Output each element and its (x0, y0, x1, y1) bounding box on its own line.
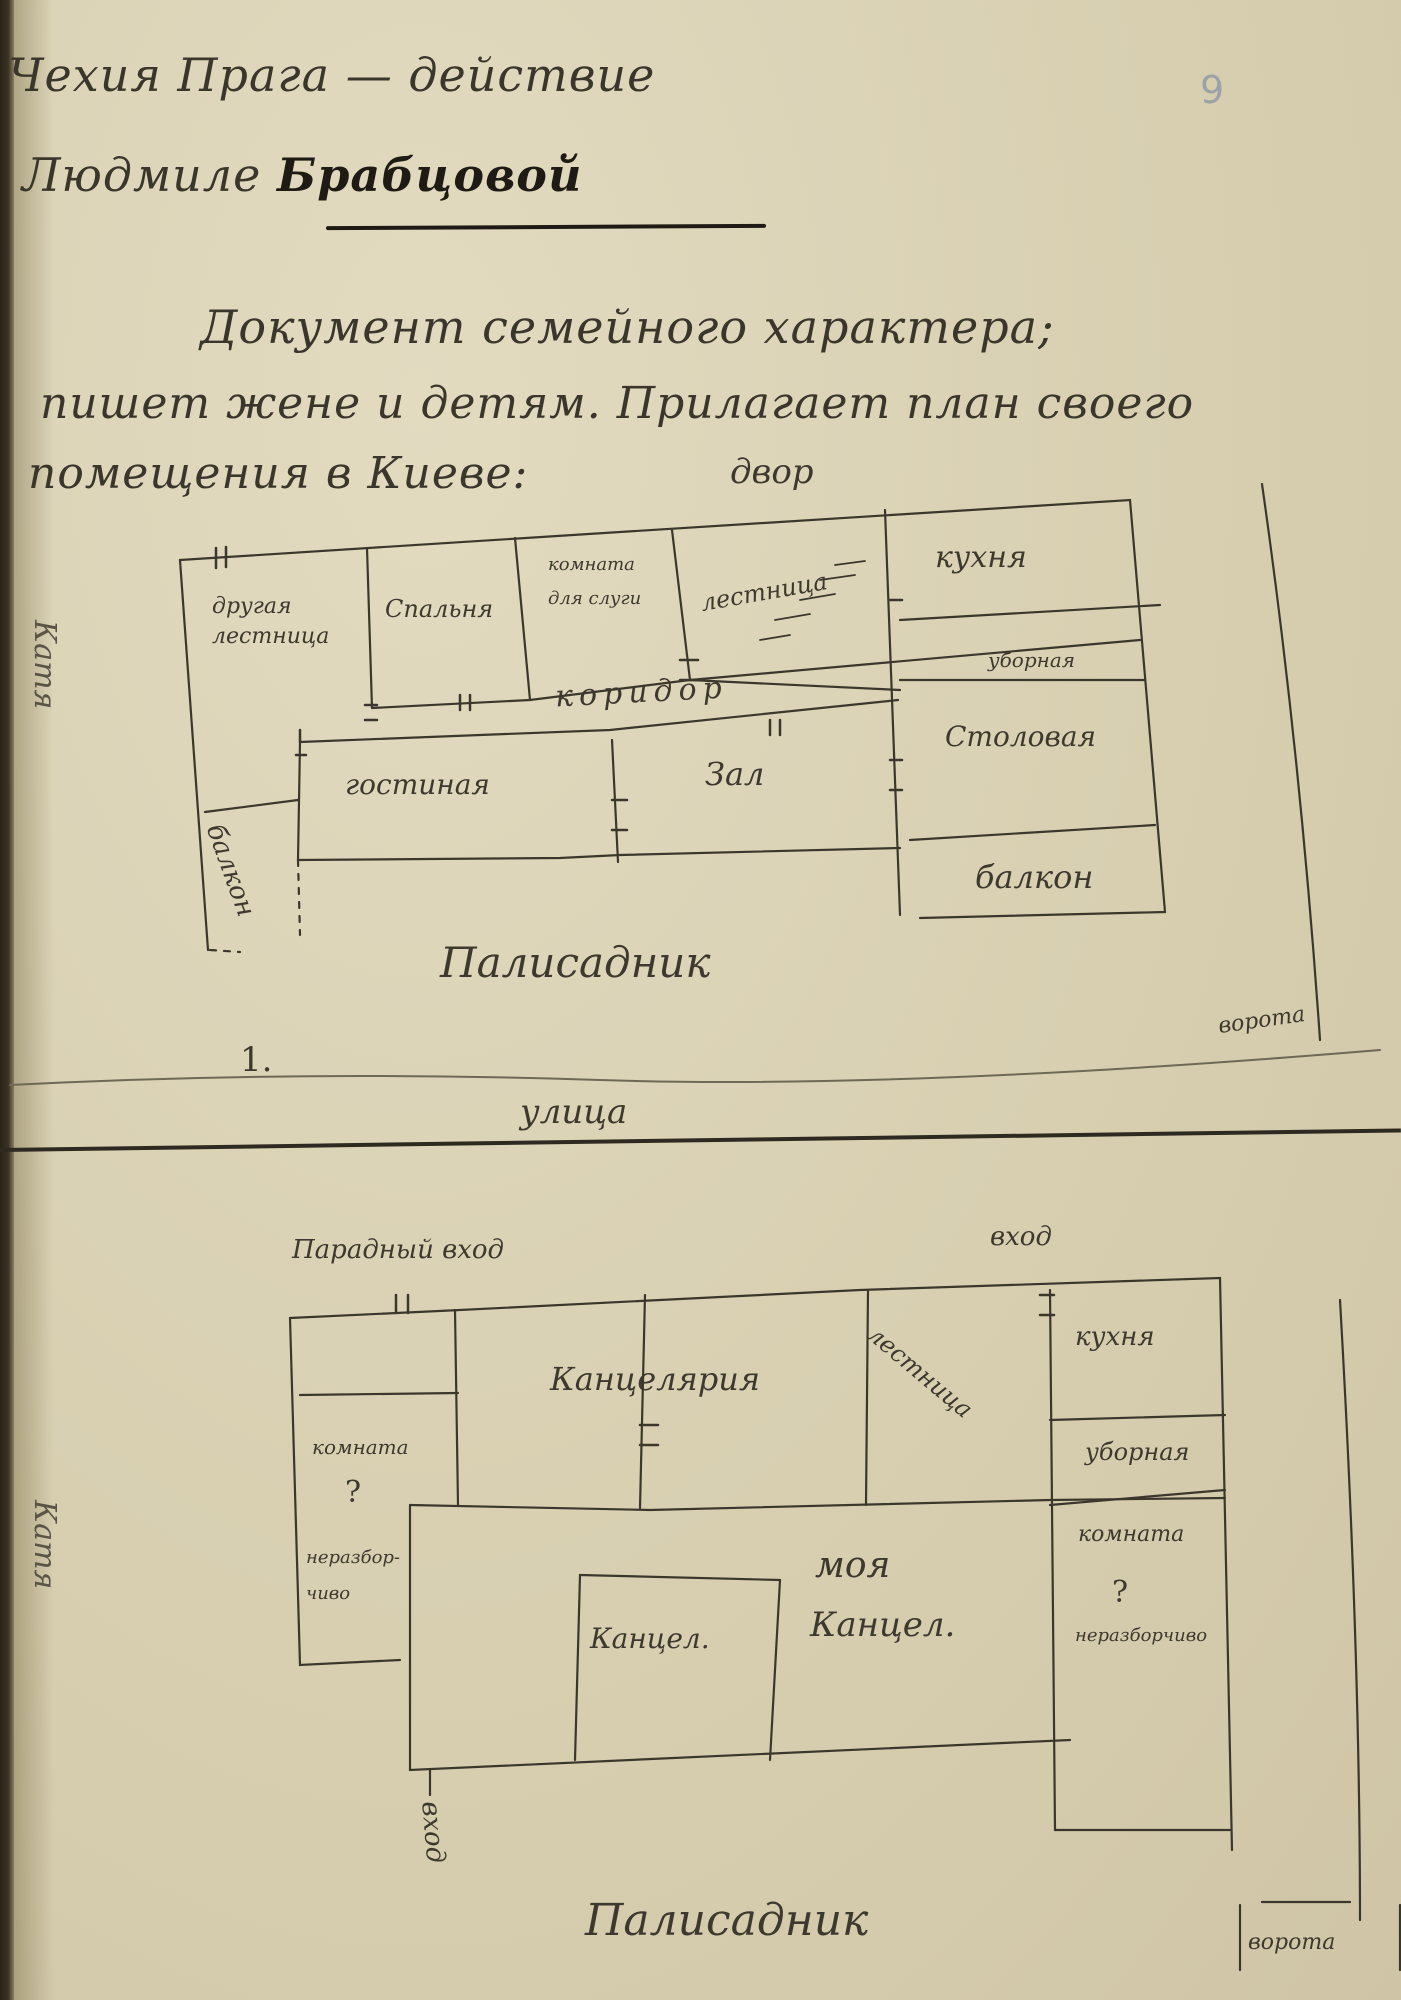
plan1-room-kitchen: кухня (935, 540, 1027, 575)
plan2-top-entrance-label: вход (990, 1222, 1052, 1252)
plan2-bottom-entrance-label: вход (415, 1800, 450, 1864)
plan1-room-dining: Столовая (945, 720, 1096, 753)
plan2-room-right-label: комната (1078, 1522, 1184, 1547)
plan1-front-garden-label: Палисадник (440, 938, 710, 987)
plan1-room-balcony-right: балкон (975, 858, 1093, 896)
plan2-room-kitchen: кухня (1075, 1322, 1155, 1352)
plan1-room-other-stairs: другая лестница (212, 592, 332, 652)
plan2-room-right-question: ? (1112, 1575, 1128, 1610)
plan2-room-toilet: уборная (1085, 1438, 1189, 1466)
floor-plans-drawing (0, 0, 1401, 2000)
plan2-gate-label: ворота (1248, 1930, 1335, 1955)
plan2-room-my-office-2: Канцел. (810, 1605, 955, 1645)
plan2-room-left-question: ? (345, 1475, 361, 1510)
plan2-room-left-label: комната (312, 1435, 409, 1459)
plan2-room-left-note: неразбор-чиво (306, 1540, 406, 1612)
plan1-room-hall: Зал (705, 755, 764, 793)
document-page: 9 Чехия Прага — действие Людмиле Брабцов… (0, 0, 1401, 2000)
plan1-room-toilet: уборная (988, 648, 1075, 672)
plan1-street-label: улица (520, 1092, 627, 1132)
plan1-room-bedroom: Спальня (385, 595, 493, 623)
plan1-number: 1. (240, 1040, 272, 1080)
plan2-room-small-office: Канцел. (590, 1622, 710, 1655)
plan2-room-my-office-1: моя (815, 1545, 890, 1586)
plan1-courtyard-label: двор (730, 452, 814, 492)
plan2-main-entrance-label: Парадный вход (292, 1235, 504, 1265)
plan1-room-living: гостиная (345, 768, 490, 801)
plan2-front-garden-label: Палисадник (585, 1895, 868, 1946)
plan2-room-right-note: неразборчиво (1075, 1625, 1207, 1646)
plan1-room-servant: комната для слуги (548, 548, 648, 616)
plan2-room-office: Канцелярия (550, 1360, 760, 1398)
